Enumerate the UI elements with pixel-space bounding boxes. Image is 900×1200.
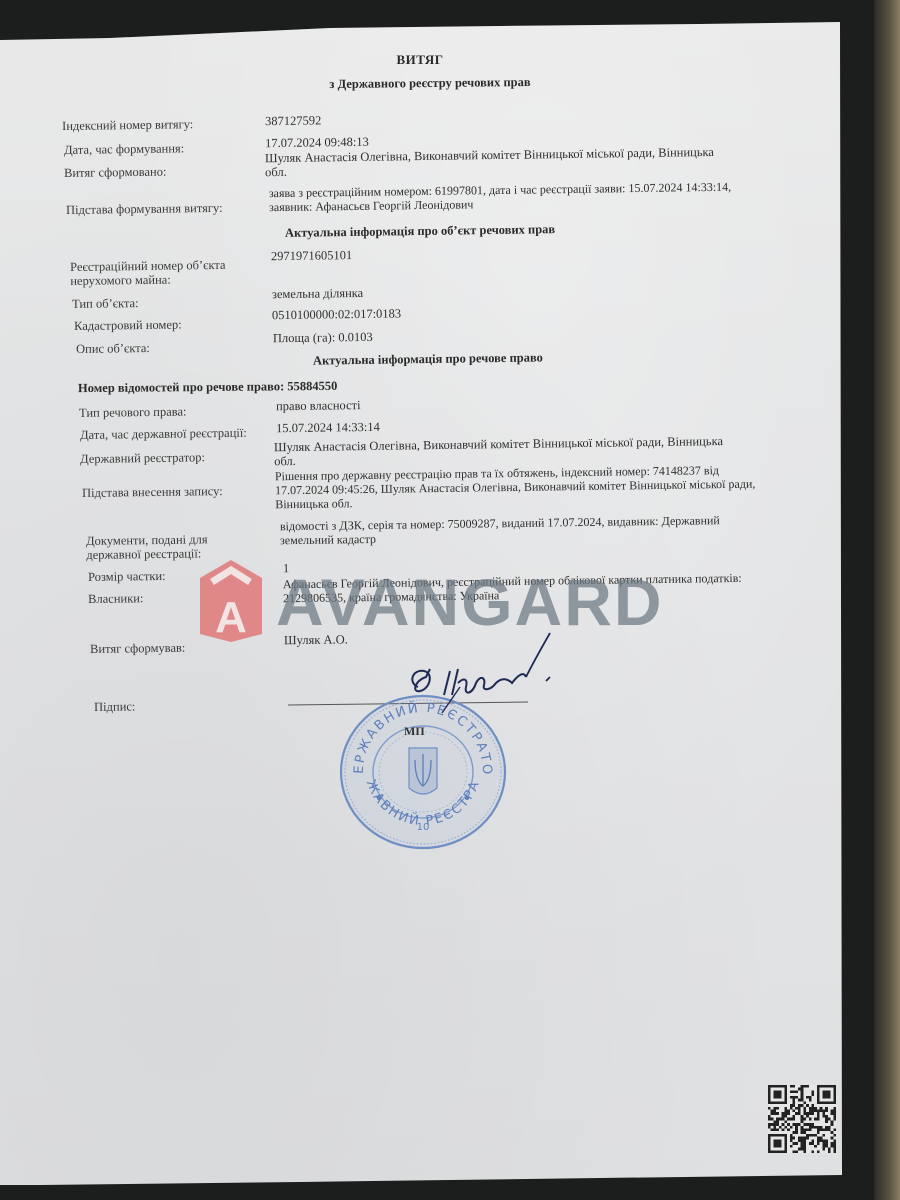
extract-document: ВИТЯГ з Державного реєстру речових прав … [0, 0, 900, 1200]
field-label: Розмір частки: [88, 569, 166, 584]
logo-letter: A [215, 593, 247, 642]
field-value: 387127592 [265, 107, 745, 128]
document-title: ВИТЯГ [370, 52, 470, 68]
field-value: земельна ділянка [272, 281, 692, 301]
field-label: Підстава формування витягу: [66, 201, 223, 217]
field-value: 2971971605101 [271, 243, 691, 263]
field-label: Витяг сформовано: [64, 165, 166, 180]
field-label: Підстава внесення запису: [82, 484, 223, 500]
field-label: Тип речового права: [79, 405, 187, 420]
qr-code-icon [768, 1084, 836, 1154]
field-value: відомості з ДЗК, серія та номер: 7500928… [280, 513, 740, 547]
right-record-number: Номер відомостей про речове право: 55884… [78, 379, 337, 396]
section-heading-object: Актуальна інформація про об’єкт речових … [285, 222, 555, 241]
field-value: Шуляк Анастасія Олегівна, Виконавчий ком… [265, 145, 735, 180]
field-value: заява з реєстраційним номером: 61997801,… [269, 179, 759, 214]
field-label: Дата, час державної реєстрації: [80, 426, 247, 442]
document-subtitle: з Державного реєстру речових прав [240, 74, 620, 93]
avangard-watermark: A AVANGARD [196, 558, 716, 648]
avangard-logo-icon: A [198, 558, 264, 642]
field-label: Опис об’єкта: [76, 341, 150, 356]
stamp-mark: МП [404, 724, 425, 739]
field-value: 15.07.2024 14:33:14 [276, 415, 696, 435]
field-value: право власності [276, 393, 696, 413]
field-label: Підпис: [94, 699, 135, 714]
field-label: Тип об’єкта: [72, 296, 139, 311]
stamp-number: 10 [417, 822, 430, 833]
field-value: Площа (га): 0.0103 [273, 325, 693, 345]
field-label: Реєстраційний номер об’єкта нерухомого м… [70, 257, 260, 288]
field-label: Індексний номер витягу: [62, 117, 193, 133]
section-heading-right: Актуальна інформація про речове право [313, 350, 543, 368]
field-label: Витяг сформував: [90, 641, 185, 656]
field-value: 0510100000:02:017:0183 [272, 302, 692, 322]
field-label: Власники: [88, 591, 143, 606]
field-label: Державний реєстратор: [80, 450, 205, 466]
field-label: Дата, час формування: [64, 141, 184, 157]
field-value: Рішення про державну реєстрацію прав та … [275, 462, 776, 511]
watermark-text: AVANGARD [276, 564, 664, 640]
field-label: Кадастровий номер: [74, 317, 182, 333]
